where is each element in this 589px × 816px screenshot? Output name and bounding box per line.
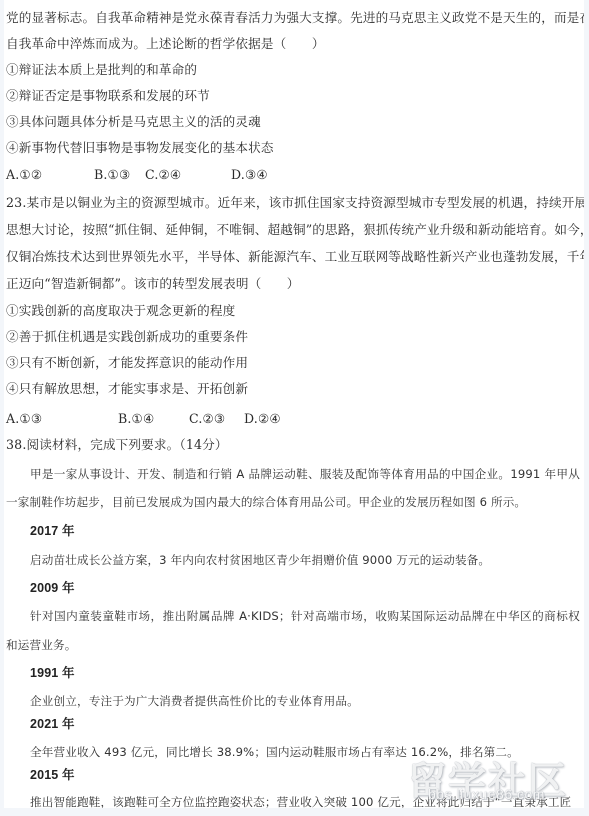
q23-stem-line-2: 思想大讨论，按照“抓住铜、延伸铜，不唯铜、超越铜”的思路，狠抓传统产业升级和新动… (6, 222, 580, 238)
timeline-text-2009-line-1: 针对国内童装童鞋市场，推出附属品牌 A·KIDS；针对高端市场，收购某国际运动品… (30, 608, 580, 624)
q23-statement-1: ①实践创新的高度取决于观念更新的程度 (6, 303, 235, 319)
q23-statement-2: ②善于抓住机遇是实践创新成功的重要条件 (6, 329, 248, 345)
timeline-text-2021: 全年营业收入 493 亿元，同比增长 38.9%；国内运动鞋服市场占有率达 16… (30, 744, 519, 760)
q22-option-b: B.①③ (94, 167, 145, 183)
timeline-text-1991: 企业创立，专注于为广大消费者提供高性价比的专业体育用品。 (30, 693, 359, 709)
q23-stem-line-3: 仅铜冶炼技术达到世界领先水平，半导体、新能源汽车、工业互联网等战略性新兴产业也蓬… (6, 249, 580, 265)
timeline-year-2015: 2015 年 (30, 767, 75, 783)
timeline-year-2017: 2017 年 (30, 523, 75, 539)
q23-statement-3: ③只有不断创新，才能发挥意识的能动作用 (6, 355, 248, 371)
q38-intro-line-2: 一家制鞋作坊起步，目前已发展成为国内最大的综合体育用品公司。甲企业的发展历程如图… (6, 494, 526, 510)
q23-stem-line-1: 23.某市是以铜业为主的资源型城市。近年来，该市抓住国家支持资源型城市专型发展的… (6, 195, 580, 211)
timeline-text-2009-line-2: 和运营业务。 (6, 637, 76, 653)
q38-heading: 38.阅读材料，完成下列要求。（14分） (6, 437, 228, 453)
q23-option-a: A.①③ (6, 411, 118, 427)
q23-options: A.①③B.①④C.②③D.②④ (6, 411, 281, 427)
timeline-year-2021: 2021 年 (30, 716, 75, 732)
q22-option-a: A.①② (6, 167, 94, 183)
q22-statement-2: ②辩证否定是事物联系和发展的环节 (6, 88, 210, 104)
q38-intro-line-1: 甲是一家从事设计、开发、制造和行销 A 品牌运动鞋、服装及配饰等体育用品的中国企… (30, 466, 580, 482)
q22-option-d: D.③④ (231, 167, 268, 183)
q23-option-c: C.②③ (189, 411, 244, 427)
timeline-year-2009: 2009 年 (30, 580, 75, 596)
timeline-text-2017: 启动苗壮成长公益方案，3 年内向农村贫困地区青少年捐赠价值 9000 万元的运动… (30, 552, 490, 568)
q22-options: A.①②B.①③C.②④D.③④ (6, 167, 268, 183)
q22-statement-1: ①辩证法本质上是批判的和革命的 (6, 62, 197, 78)
q22-stem-line-2: 自我革命中淬炼而成为。上述论断的哲学依据是（ ） (6, 36, 325, 52)
q22-statement-4: ④新事物代替旧事物是事物发展变化的基本状态 (6, 140, 274, 156)
q22-option-c: C.②④ (145, 167, 231, 183)
document-page: 党的显著标志。自我革命精神是党永葆青春活力为强大支撑。先进的马克思主义政党不是天… (4, 0, 584, 808)
q23-option-b: B.①④ (118, 411, 189, 427)
q23-stem-line-4: 正迈向“智造新铜都”。该市的转型发展表明（ ） (6, 276, 300, 292)
timeline-year-1991: 1991 年 (30, 665, 75, 681)
q22-statement-3: ③具体问题具体分析是马克思主义的活的灵魂 (6, 114, 261, 130)
q22-stem-line-1: 党的显著标志。自我革命精神是党永葆青春活力为强大支撑。先进的马克思主义政党不是天… (6, 10, 580, 26)
timeline-text-2015: 推出智能跑鞋，该跑鞋可全方位监控跑姿状态；营业收入突破 100 亿元，企业将此归… (30, 794, 571, 808)
q23-statement-4: ④只有解放思想，才能实事求是、开拓创新 (6, 381, 248, 397)
q23-option-d: D.②④ (244, 411, 281, 427)
